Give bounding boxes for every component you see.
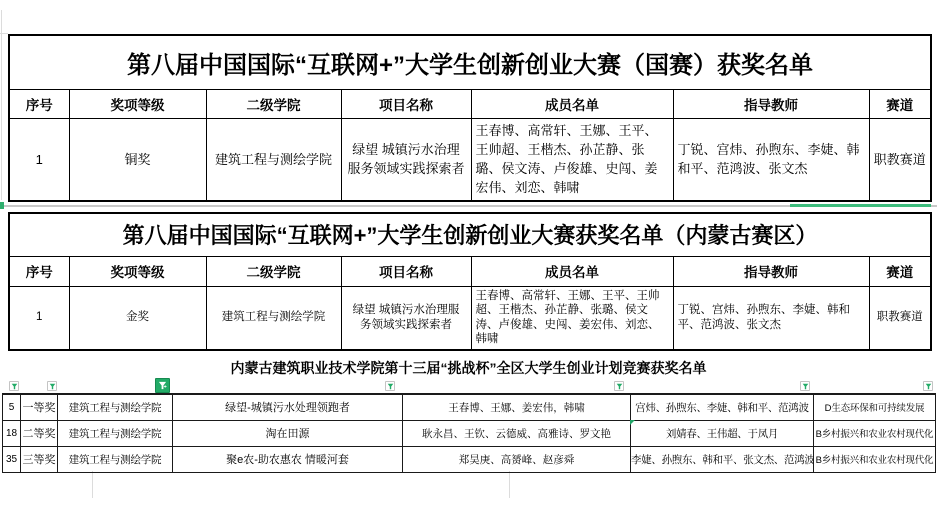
column-header-college: 二级学院: [206, 89, 341, 118]
autofilter-strip: [0, 379, 937, 393]
table1-title: 第八届中国国际“互联网+”大学生创新创业大赛（国赛）获奖名单: [9, 35, 931, 89]
cell-project-name: 绿望-城镇污水处理领跑者: [173, 394, 403, 420]
cell-award-level: 三等奖: [21, 446, 58, 472]
column-header-members: 成员名单: [471, 256, 673, 286]
table-regional-awards: 第八届中国国际“互联网+”大学生创新创业大赛获奖名单（内蒙古赛区） 序号 奖项等…: [8, 212, 932, 351]
cell-college: 建筑工程与测绘学院: [58, 446, 173, 472]
filter-icon[interactable]: [614, 381, 624, 391]
gridline-stub: [92, 471, 93, 498]
cell-members: 郑昊庚、高赟峰、赵彦舜: [403, 446, 631, 472]
column-header-college: 二级学院: [206, 256, 341, 286]
cell-advisors: 刘婧春、王伟超、于凤月: [631, 420, 814, 446]
cell-advisors: 丁锐、宫炜、孙煦东、李婕、韩和平、范鸿波、张文杰: [673, 118, 869, 201]
cell-project-name: 绿望 城镇污水治理服务领域实践探索者: [341, 286, 471, 350]
cell-award-level: 二等奖: [21, 420, 58, 446]
filter-icon[interactable]: [47, 381, 57, 391]
column-header-award-level: 奖项等级: [69, 89, 206, 118]
cell-members: 王春博、王娜、姜宏伟，韩啸: [403, 394, 631, 420]
table1-header-row: 序号 奖项等级 二级学院 项目名称 成员名单 指导教师 赛道: [9, 89, 931, 118]
cell-college: 建筑工程与测绘学院: [206, 118, 341, 201]
cell-advisors: 宫炜、孙煦东、李婕、韩和平、范鸿波: [631, 394, 814, 420]
selection-highlight-tick: [0, 202, 4, 209]
filter-icon[interactable]: [800, 381, 810, 391]
cell-project-name: 淘在田源: [173, 420, 403, 446]
filter-icon[interactable]: [923, 381, 933, 391]
column-header-project-name: 项目名称: [341, 256, 471, 286]
cell-no: 1: [9, 118, 69, 201]
cell-award-level: 铜奖: [69, 118, 206, 201]
gridline-stub: [1, 10, 2, 200]
cell-track: B乡村振兴和农业农村现代化: [814, 420, 936, 446]
cell-college: 建筑工程与测绘学院: [58, 394, 173, 420]
table-row: 1 金奖 建筑工程与测绘学院 绿望 城镇污水治理服务领域实践探索者 王春博、高常…: [9, 286, 931, 350]
filter-icon[interactable]: [385, 381, 395, 391]
column-header-members: 成员名单: [471, 89, 673, 118]
cell-college: 建筑工程与测绘学院: [206, 286, 341, 350]
table2-header-row: 序号 奖项等级 二级学院 项目名称 成员名单 指导教师 赛道: [9, 256, 931, 286]
table-national-awards: 第八届中国国际“互联网+”大学生创新创业大赛（国赛）获奖名单 序号 奖项等级 二…: [8, 34, 932, 202]
cell-members: 王春博、高常轩、王娜、王平、王帅超、王楷杰、孙芷静、张璐、侯文涛、卢俊雄、史闯、…: [471, 118, 673, 201]
active-filter-icon[interactable]: [155, 378, 170, 393]
cell-award-level: 一等奖: [21, 394, 58, 420]
cell-sheet-row-number: 18: [3, 420, 21, 446]
table3-title: 内蒙古建筑职业技术学院第十三届“挑战杯”全区大学生创业计划竞赛获奖名单: [2, 358, 935, 380]
column-header-track: 赛道: [869, 256, 931, 286]
table-row: 1 铜奖 建筑工程与测绘学院 绿望 城镇污水治理服务领域实践探索者 王春博、高常…: [9, 118, 931, 201]
gridline-stub: [509, 471, 510, 498]
cell-track: B乡村振兴和农业农村现代化: [814, 446, 936, 472]
spreadsheet-view: 第八届中国国际“互联网+”大学生创新创业大赛（国赛）获奖名单 序号 奖项等级 二…: [0, 0, 937, 519]
table-challenge-cup-awards: 5 一等奖 建筑工程与测绘学院 绿望-城镇污水处理领跑者 王春博、王娜、姜宏伟，…: [2, 393, 936, 473]
cell-track: 职教赛道: [869, 286, 931, 350]
column-header-advisors: 指导教师: [673, 89, 869, 118]
table-row: 35 三等奖 建筑工程与测绘学院 聚e农-助农惠农 情暖河套 郑昊庚、高赟峰、赵…: [3, 446, 936, 472]
cell-sheet-row-number: 5: [3, 394, 21, 420]
cell-members: 王春博、高常轩、王娜、王平、王帅超、王楷杰、孙芷静、张璐、侯文涛、卢俊雄、史闯、…: [471, 286, 673, 350]
column-header-advisors: 指导教师: [673, 256, 869, 286]
cell-track: 职教赛道: [869, 118, 931, 201]
selection-highlight: [790, 204, 931, 207]
cell-award-level: 金奖: [69, 286, 206, 350]
cell-corner-flag-icon: [630, 420, 635, 425]
cell-project-name: 绿望 城镇污水治理服务领域实践探索者: [341, 118, 471, 201]
gridline-stub: [0, 33, 8, 34]
table-row: 18 二等奖 建筑工程与测绘学院 淘在田源 耿永昌、王钦、云德威、高雅诗、罗文艳…: [3, 420, 936, 446]
cell-college: 建筑工程与测绘学院: [58, 420, 173, 446]
cell-advisors: 丁锐、宫炜、孙煦东、李婕、韩和平、范鸿波、张文杰: [673, 286, 869, 350]
column-header-track: 赛道: [869, 89, 931, 118]
filter-icon[interactable]: [9, 381, 19, 391]
cell-members: 耿永昌、王钦、云德威、高雅诗、罗文艳: [403, 420, 631, 446]
cell-sheet-row-number: 35: [3, 446, 21, 472]
column-header-award-level: 奖项等级: [69, 256, 206, 286]
column-header-no: 序号: [9, 256, 69, 286]
table-row: 5 一等奖 建筑工程与测绘学院 绿望-城镇污水处理领跑者 王春博、王娜、姜宏伟，…: [3, 394, 936, 420]
cell-no: 1: [9, 286, 69, 350]
cell-advisors: 李婕、孙煦东、韩和平、张文杰、范鸿波: [631, 446, 814, 472]
table2-title: 第八届中国国际“互联网+”大学生创新创业大赛获奖名单（内蒙古赛区）: [9, 213, 931, 256]
cell-project-name: 聚e农-助农惠农 情暖河套: [173, 446, 403, 472]
column-header-project-name: 项目名称: [341, 89, 471, 118]
column-header-no: 序号: [9, 89, 69, 118]
cell-track: D生态环保和可持续发展: [814, 394, 936, 420]
